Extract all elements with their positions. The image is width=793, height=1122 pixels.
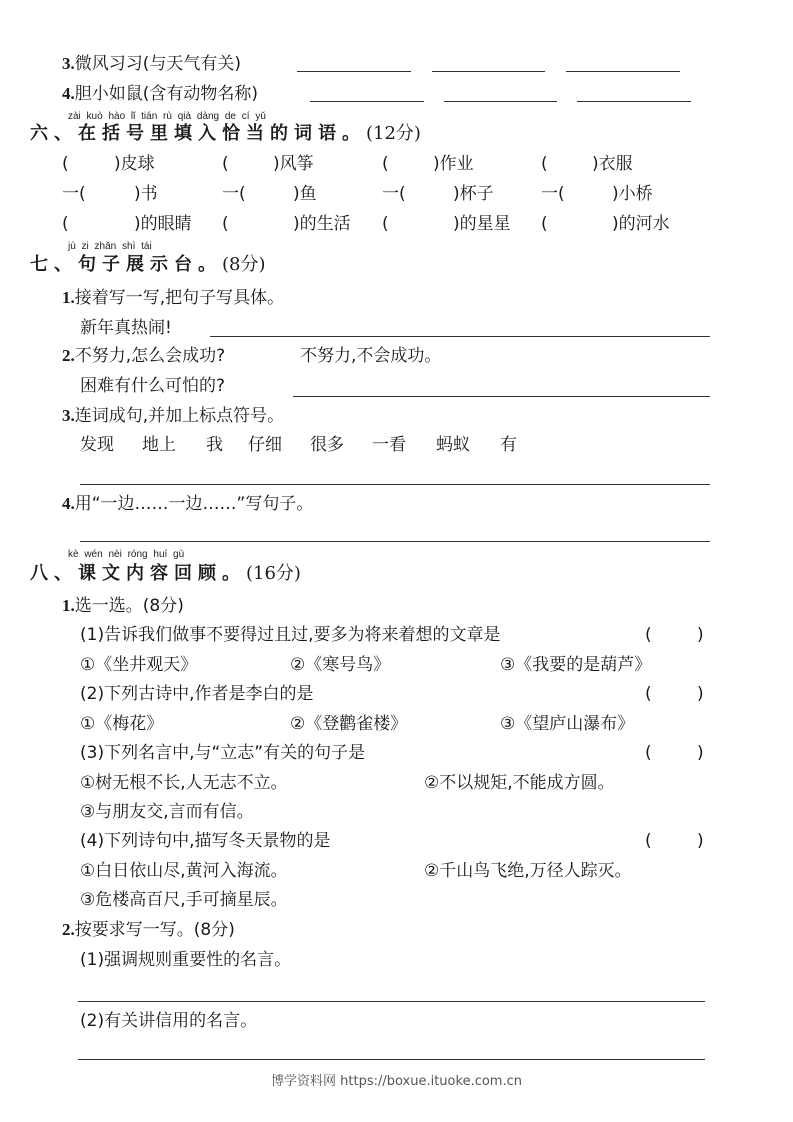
open-paren: 一( xyxy=(222,184,246,204)
write-prompt: (2)有关讲信用的名言。 xyxy=(80,1011,257,1031)
answer-paren-open[interactable]: ( xyxy=(645,684,652,704)
mc-option[interactable]: ①《梅花》 xyxy=(80,714,163,734)
fill-item: )书 xyxy=(134,184,158,204)
fill-word: 皮球 xyxy=(121,154,155,174)
fill-item: )的星星 xyxy=(453,214,511,234)
word-chip: 蚂蚁 xyxy=(436,435,470,455)
fill-item: ( xyxy=(62,154,69,174)
question-text: 不努力,怎么会成功? xyxy=(75,346,225,366)
answer-line[interactable] xyxy=(80,541,710,542)
fill-item: 一( xyxy=(62,184,86,204)
fill-item: ( xyxy=(541,214,548,234)
question-text: 接着写一写,把句子写具体。 xyxy=(75,288,284,308)
answer-blank[interactable] xyxy=(577,101,691,102)
open-paren: ( xyxy=(62,154,69,174)
section-title-text: 八、课文内容回顾。 xyxy=(30,563,246,584)
open-paren: 一( xyxy=(62,184,86,204)
item-text: 胆小如鼠(含有动物名称) xyxy=(75,84,258,104)
question-1-sentence: 新年真热闹! xyxy=(80,318,172,338)
section-6-title: 六、在括号里填入恰当的词语。(12分) xyxy=(30,123,421,145)
open-paren: ( xyxy=(62,214,69,234)
part-label-text: 选一选。(8分) xyxy=(75,596,184,616)
question-2-example: 不努力,不会成功。 xyxy=(300,346,441,366)
question-number: 2. xyxy=(62,346,75,365)
section-score: (16分) xyxy=(246,563,301,584)
fill-word: 的河水 xyxy=(619,214,670,234)
mc-question-stem: (1)告诉我们做事不要得过且过,要多为将来着想的文章是 xyxy=(80,625,500,645)
fill-item: ( xyxy=(222,214,229,234)
fill-item: )的生活 xyxy=(293,214,351,234)
answer-blank[interactable] xyxy=(432,71,545,72)
word-chip: 仔细 xyxy=(248,435,282,455)
question-4-prompt: 4.用“一边……一边……”写句子。 xyxy=(62,494,313,514)
mc-option[interactable]: ①白日依山尽,黄河入海流。 xyxy=(80,861,288,881)
fill-word: 杯子 xyxy=(460,184,494,204)
answer-paren-close[interactable]: ) xyxy=(697,831,704,851)
question-2-prompt: 2.不努力,怎么会成功? xyxy=(62,346,225,366)
idiom-item-4: 4.胆小如鼠(含有动物名称) xyxy=(62,84,258,104)
question-number: 1. xyxy=(62,288,75,307)
footer-watermark: 博学资料网 https://boxue.ituoke.com.cn xyxy=(0,1070,793,1089)
close-paren: ) xyxy=(433,154,440,174)
close-paren: ) xyxy=(114,154,121,174)
close-paren: ) xyxy=(592,154,599,174)
fill-item: ( xyxy=(541,154,548,174)
section-8-title: 八、课文内容回顾。(16分) xyxy=(30,563,301,585)
section-score: (12分) xyxy=(366,123,421,144)
mc-option[interactable]: ②《登鹳雀楼》 xyxy=(290,714,407,734)
answer-paren-close[interactable]: ) xyxy=(697,684,704,704)
open-paren: ( xyxy=(541,214,548,234)
fill-item: ( xyxy=(382,214,389,234)
answer-blank[interactable] xyxy=(310,101,424,102)
answer-blank[interactable] xyxy=(297,71,411,72)
answer-paren-close[interactable]: ) xyxy=(697,625,704,645)
fill-item: )的河水 xyxy=(612,214,670,234)
part-1-label: 1.选一选。(8分) xyxy=(62,596,184,616)
fill-item: ( xyxy=(62,214,69,234)
mc-option[interactable]: ③与朋友交,言而有信。 xyxy=(80,802,254,822)
section-7-pinyin: jù zi zhǎn shì tái xyxy=(68,241,152,253)
mc-option[interactable]: ②《寒号鸟》 xyxy=(290,655,390,675)
answer-paren-close[interactable]: ) xyxy=(697,743,704,763)
word-chip: 我 xyxy=(206,435,223,455)
word-chip: 有 xyxy=(500,435,517,455)
section-title-text: 七、句子展示台。 xyxy=(30,254,222,275)
write-prompt: (1)强调规则重要性的名言。 xyxy=(80,950,291,970)
mc-option[interactable]: ②不以规矩,不能成方圆。 xyxy=(424,773,615,793)
word-chip: 发现 xyxy=(80,435,114,455)
answer-line[interactable] xyxy=(293,396,710,397)
answer-blank[interactable] xyxy=(444,101,557,102)
item-number: 3. xyxy=(62,54,75,73)
open-paren: ( xyxy=(382,214,389,234)
mc-question-stem: (2)下列古诗中,作者是李白的是 xyxy=(80,684,313,704)
open-paren: 一( xyxy=(382,184,406,204)
question-text: 用“一边……一边……”写句子。 xyxy=(75,494,314,514)
fill-word: 鱼 xyxy=(300,184,317,204)
fill-item: ( xyxy=(222,154,229,174)
part-label-text: 按要求写一写。(8分) xyxy=(75,920,235,940)
section-8-pinyin: kè wén nèi róng huí gù xyxy=(68,549,184,561)
mc-option[interactable]: ①《坐井观天》 xyxy=(80,655,197,675)
fill-item: )鱼 xyxy=(293,184,317,204)
fill-item: )皮球 xyxy=(114,154,155,174)
mc-option[interactable]: ①树无根不长,人无志不立。 xyxy=(80,773,288,793)
fill-word: 的眼睛 xyxy=(141,214,192,234)
close-paren: ) xyxy=(293,184,300,204)
fill-item: )作业 xyxy=(433,154,474,174)
word-chip: 地上 xyxy=(142,435,176,455)
fill-word: 衣服 xyxy=(599,154,633,174)
fill-item: )风筝 xyxy=(273,154,314,174)
question-2-sentence: 困难有什么可怕的? xyxy=(80,376,225,396)
item-number: 4. xyxy=(62,84,75,103)
question-1-prompt: 1.接着写一写,把句子写具体。 xyxy=(62,288,284,308)
fill-word: 小桥 xyxy=(619,184,653,204)
fill-item: 一( xyxy=(382,184,406,204)
fill-item: ( xyxy=(382,154,389,174)
part-number: 2. xyxy=(62,920,75,939)
close-paren: ) xyxy=(453,214,460,234)
fill-item: )的眼睛 xyxy=(134,214,192,234)
mc-option[interactable]: ②千山鸟飞绝,万径人踪灭。 xyxy=(424,861,632,881)
idiom-item-3: 3.微风习习(与天气有关) xyxy=(62,54,241,74)
question-text: 连词成句,并加上标点符号。 xyxy=(75,406,284,426)
answer-line[interactable] xyxy=(78,1001,705,1002)
answer-paren-open[interactable]: ( xyxy=(645,625,652,645)
mc-option[interactable]: ③危楼高百尺,手可摘星辰。 xyxy=(80,890,288,910)
open-paren: ( xyxy=(382,154,389,174)
word-chip: 一看 xyxy=(372,435,406,455)
fill-word: 的星星 xyxy=(460,214,511,234)
answer-line[interactable] xyxy=(80,484,710,485)
fill-item: )衣服 xyxy=(592,154,633,174)
part-2-label: 2.按要求写一写。(8分) xyxy=(62,920,235,940)
close-paren: ) xyxy=(612,214,619,234)
fill-item: )小桥 xyxy=(612,184,653,204)
answer-line[interactable] xyxy=(78,1059,705,1060)
fill-item: )杯子 xyxy=(453,184,494,204)
fill-item: 一( xyxy=(541,184,565,204)
mc-option[interactable]: ③《我要的是葫芦》 xyxy=(500,655,651,675)
word-chip: 很多 xyxy=(310,435,344,455)
fill-word: 的生活 xyxy=(300,214,351,234)
open-paren: 一( xyxy=(541,184,565,204)
answer-blank[interactable] xyxy=(566,71,680,72)
fill-word: 书 xyxy=(141,184,158,204)
close-paren: ) xyxy=(453,184,460,204)
question-number: 3. xyxy=(62,406,75,425)
fill-item: 一( xyxy=(222,184,246,204)
mc-question-stem: (3)下列名言中,与“立志”有关的句子是 xyxy=(80,743,365,763)
answer-line[interactable] xyxy=(210,336,710,337)
answer-paren-open[interactable]: ( xyxy=(645,831,652,851)
open-paren: ( xyxy=(541,154,548,174)
close-paren: ) xyxy=(293,214,300,234)
close-paren: ) xyxy=(134,214,141,234)
answer-paren-open[interactable]: ( xyxy=(645,743,652,763)
section-7-title: 七、句子展示台。(8分) xyxy=(30,254,266,276)
open-paren: ( xyxy=(222,214,229,234)
fill-word: 风筝 xyxy=(280,154,314,174)
section-score: (8分) xyxy=(222,254,266,275)
item-text: 微风习习(与天气有关) xyxy=(75,54,241,74)
section-6-pinyin: zài kuò hào lǐ tián rù qià dàng de cí yǔ xyxy=(68,111,266,123)
close-paren: ) xyxy=(612,184,619,204)
fill-word: 作业 xyxy=(440,154,474,174)
close-paren: ) xyxy=(134,184,141,204)
close-paren: ) xyxy=(273,154,280,174)
mc-option[interactable]: ③《望庐山瀑布》 xyxy=(500,714,634,734)
question-3-prompt: 3.连词成句,并加上标点符号。 xyxy=(62,406,284,426)
mc-question-stem: (4)下列诗句中,描写冬天景物的是 xyxy=(80,831,330,851)
section-title-text: 六、在括号里填入恰当的词语。 xyxy=(30,123,366,144)
question-number: 4. xyxy=(62,494,75,513)
part-number: 1. xyxy=(62,596,75,615)
open-paren: ( xyxy=(222,154,229,174)
